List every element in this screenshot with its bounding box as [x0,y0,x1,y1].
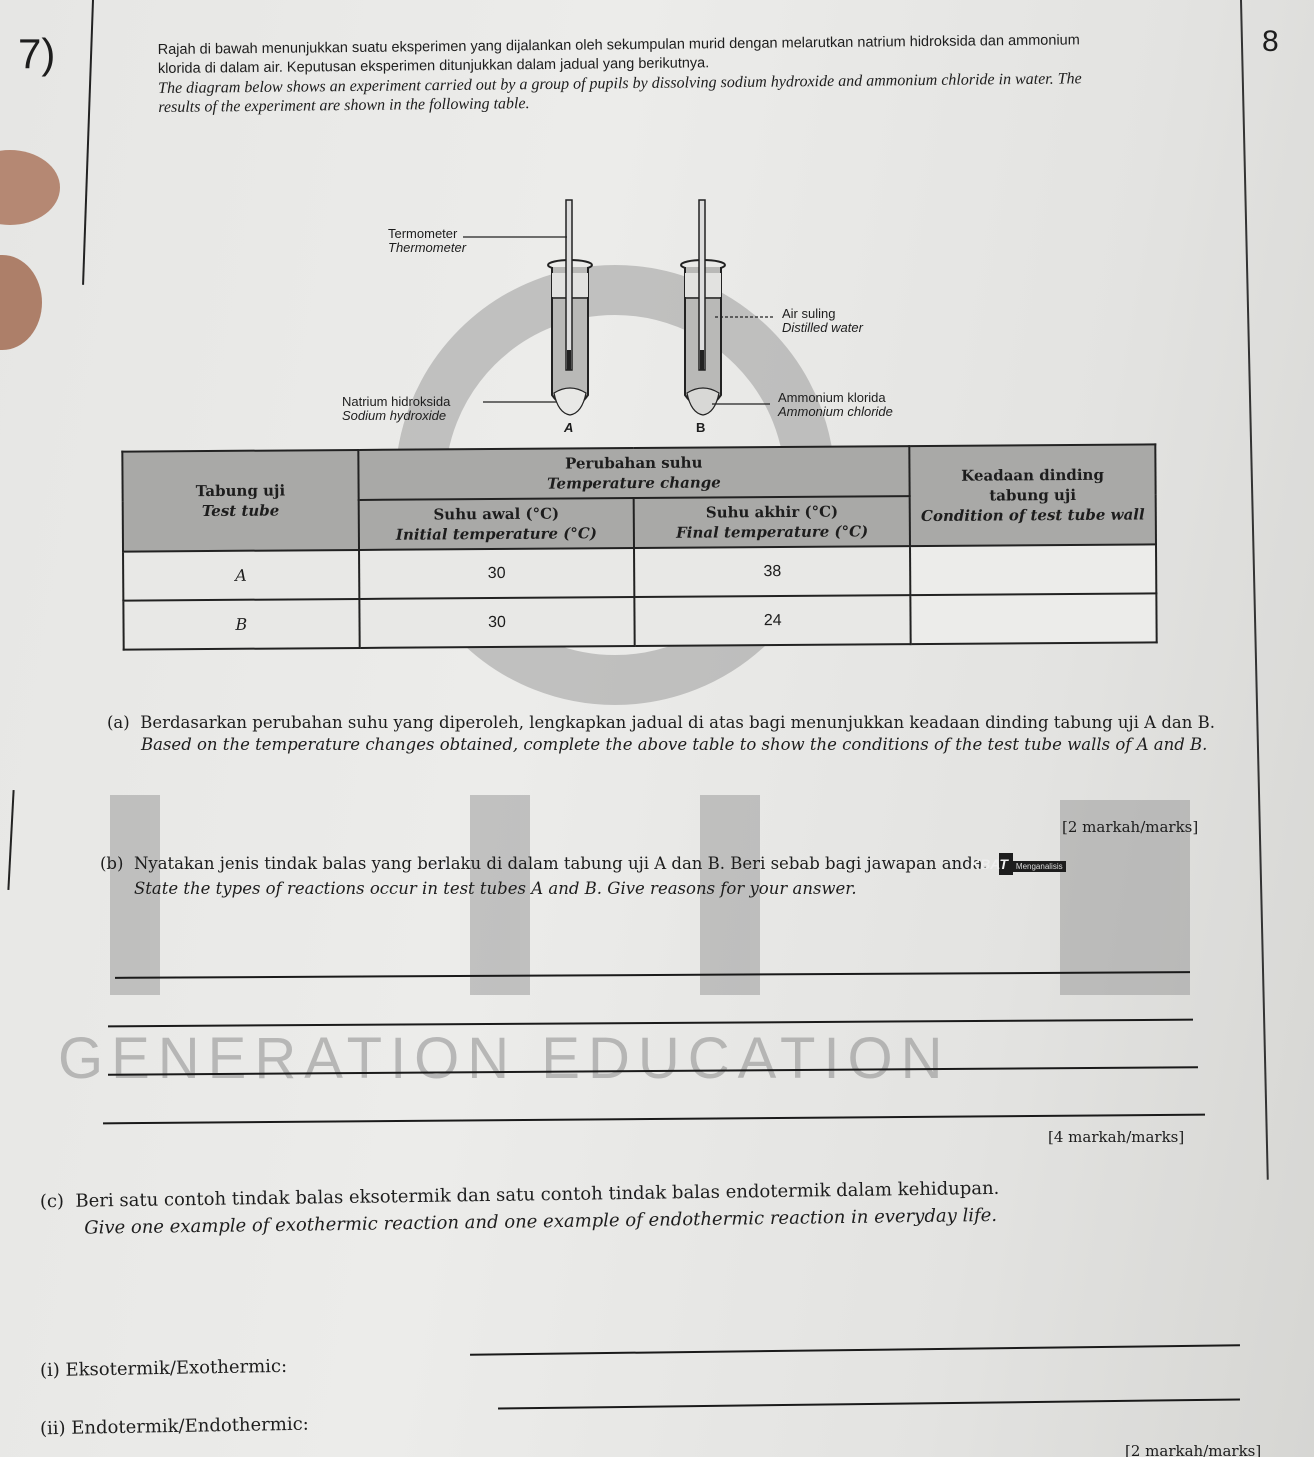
label-ms: Air suling [782,307,863,321]
kbat-badge-sub: Menganalisis [1013,861,1066,872]
ammonium-chloride-label: Ammonium klorida Ammonium chloride [778,391,893,419]
header-en: Test tube [128,500,354,522]
part-c-item-i: (i) Eksotermik/Exothermic: [40,1356,287,1382]
test-tube-b [681,200,725,415]
part-a-marks: [2 markah/marks] [1062,818,1198,836]
header-ms: Suhu awal (°C) [363,503,629,525]
cell-initial: 30 [359,548,635,599]
header-en: Final temperature (°C) [639,521,905,543]
part-c-item-ii: (ii) Endotermik/Endothermic: [40,1414,309,1441]
header-temperature-change: Perubahan suhu Temperature change [358,446,910,500]
cell-tube: B [123,599,359,650]
part-b-text-en: State the types of reactions occur in te… [100,878,1215,900]
part-c-label: (c) [40,1191,64,1212]
cell-tube: A [123,550,359,601]
answer-line[interactable] [115,971,1190,979]
part-b-label: (b) [100,854,123,873]
watermark-text: GENERATION EDUCATION [58,1025,951,1092]
label-en: Distilled water [782,321,863,335]
header-condition: Keadaan dinding tabung uji Condition of … [909,444,1156,546]
finger [0,150,60,225]
part-a: (a) Berdasarkan perubahan suhu yang dipe… [107,712,1217,756]
cell-initial: 30 [359,597,635,648]
thermometer-label: Termometer Thermometer [388,227,466,255]
header-en: Condition of test tube wall [915,504,1151,526]
question-intro: Rajah di bawah menunjukkan suatu eksperi… [158,31,1119,117]
header-en: Initial temperature (°C) [363,523,629,545]
answer-line-endothermic[interactable] [498,1398,1240,1409]
distilled-water-label: Air suling Distilled water [782,307,863,335]
test-tube-a [548,200,592,415]
label-en: Thermometer [388,241,466,255]
results-table: Tabung uji Test tube Perubahan suhu Temp… [121,443,1157,650]
answer-line[interactable] [103,1114,1205,1125]
experiment-diagram: Termometer Thermometer Air suling Distil… [320,195,960,445]
header-ms: tabung uji [915,484,1151,506]
page-number: 8 [1262,25,1279,59]
part-b: (b) Nyatakan jenis tindak balas yang ber… [100,853,1215,900]
cell-final: 24 [635,595,911,646]
cell-condition-answer[interactable] [910,544,1156,595]
header-ms: Tabung uji [128,480,354,502]
table-row: A 30 38 [123,544,1156,600]
tube-b-label: B [696,421,705,435]
cell-condition-answer[interactable] [910,593,1156,644]
header-ms: Keadaan dinding [915,464,1151,486]
finger [0,255,42,350]
question-number: 7) [18,30,55,78]
label-ms: Termometer [388,227,466,241]
page-border [82,0,94,285]
label-ms: Natrium hidroksida [342,395,450,409]
part-c-marks: [2 markah/marks] [1125,1442,1261,1457]
cell-final: 38 [634,546,910,597]
part-a-text-en: Based on the temperature changes obtaine… [107,734,1217,756]
part-a-label: (a) [107,713,130,732]
label-ms: Ammonium klorida [778,391,893,405]
page-border [7,790,14,890]
header-ms: Suhu akhir (°C) [639,501,905,523]
part-b-marks: [4 markah/marks] [1048,1128,1184,1146]
header-test-tube: Tabung uji Test tube [122,450,358,552]
header-en: Temperature change [363,471,905,495]
kbat-badge: KBAT [999,853,1013,875]
part-b-text-ms: Nyatakan jenis tindak balas yang berlaku… [134,854,988,873]
answer-line-exothermic[interactable] [470,1344,1240,1355]
label-en: Ammonium chloride [778,405,893,419]
label-en: Sodium hydroxide [342,409,450,423]
tube-a-label: A [564,421,573,435]
sodium-hydroxide-label: Natrium hidroksida Sodium hydroxide [342,395,450,423]
table-row: B 30 24 [123,593,1156,649]
part-c: (c) Beri satu contoh tindak balas eksote… [40,1172,1221,1242]
page-border [1240,0,1269,1180]
part-a-text-ms: Berdasarkan perubahan suhu yang diperole… [140,713,1215,732]
header-final-temperature: Suhu akhir (°C) Final temperature (°C) [634,496,910,548]
header-initial-temperature: Suhu awal (°C) Initial temperature (°C) [358,498,634,550]
